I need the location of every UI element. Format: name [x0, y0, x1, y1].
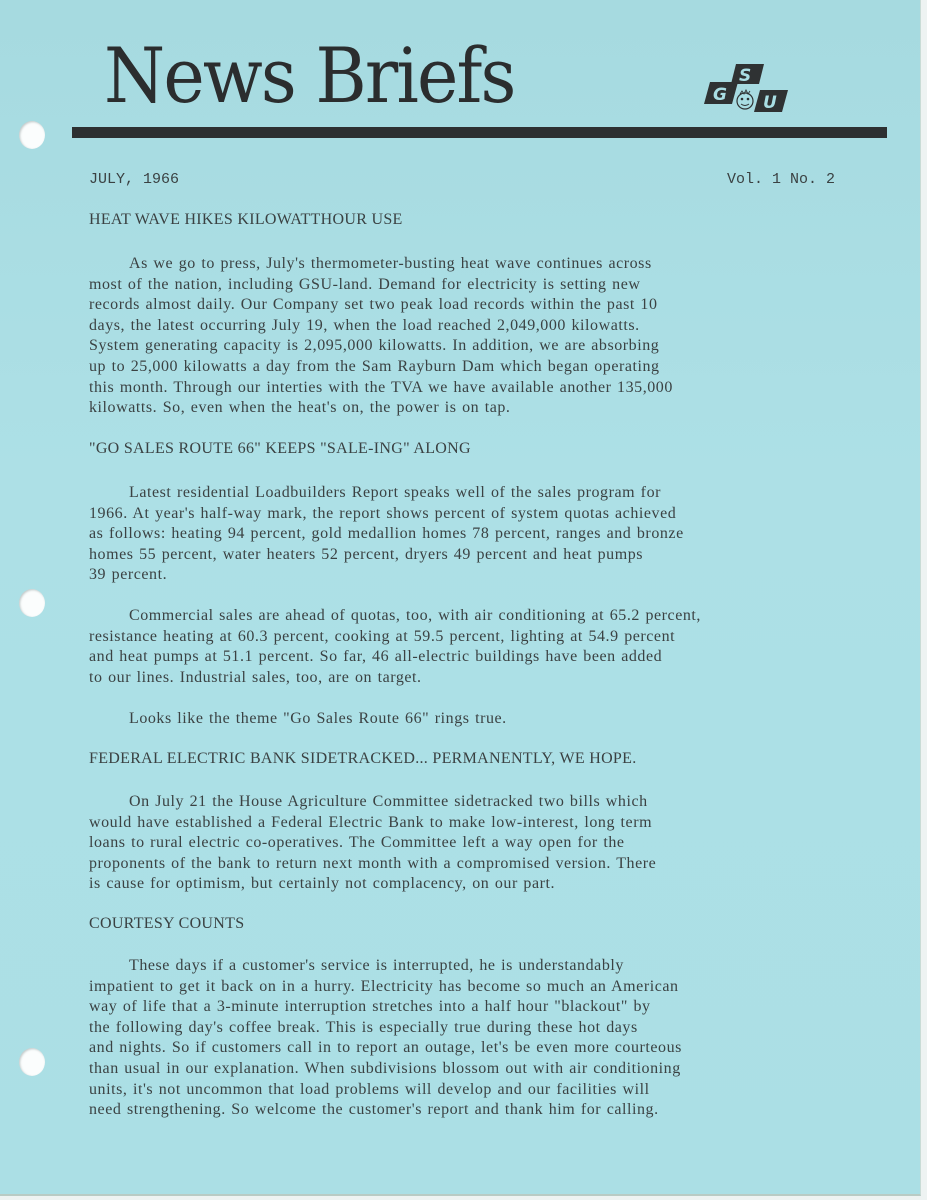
text-line: resistance heating at 60.3 percent, cook…	[89, 627, 889, 648]
text-line: kilowatts. So, even when the heat's on, …	[89, 398, 889, 419]
text-line: than usual in our explanation. When subd…	[89, 1059, 889, 1080]
article-paragraph: As we go to press, July's thermometer-bu…	[89, 254, 889, 419]
text-line: records almost daily. Our Company set tw…	[89, 295, 889, 316]
text-line: 1966. At year's half-way mark, the repor…	[89, 504, 889, 525]
article-heading: FEDERAL ELECTRIC BANK SIDETRACKED... PER…	[89, 750, 637, 768]
logo-letter-u: U	[763, 93, 777, 113]
text-line: the following day's coffee break. This i…	[89, 1018, 889, 1039]
text-line: way of life that a 3-minute interruption…	[89, 997, 889, 1018]
gsu-logo-icon: G S U	[702, 60, 794, 116]
text-line: and heat pumps at 51.1 percent. So far, …	[89, 647, 889, 668]
article-paragraph: Commercial sales are ahead of quotas, to…	[89, 606, 889, 688]
article-paragraph: These days if a customer's service is in…	[89, 956, 889, 1121]
text-line: as follows: heating 94 percent, gold med…	[89, 524, 889, 545]
article-paragraph: Latest residential Loadbuilders Report s…	[89, 483, 889, 586]
text-line: and nights. So if customers call in to r…	[89, 1038, 889, 1059]
article-paragraph: On July 21 the House Agriculture Committ…	[89, 792, 889, 895]
text-line: loans to rural electric co-operatives. T…	[89, 833, 889, 854]
text-line: As we go to press, July's thermometer-bu…	[89, 254, 889, 275]
issue-volume: Vol. 1 No. 2	[727, 171, 835, 188]
newsletter-page: News Briefs G S U JULY, 1966 Vol. 1 No. …	[0, 0, 921, 1196]
punch-hole	[19, 1048, 45, 1076]
text-line: proponents of the bank to return next mo…	[89, 854, 889, 875]
article-heading: HEAT WAVE HIKES KILOWATTHOUR USE	[89, 211, 403, 229]
text-line: On July 21 the House Agriculture Committ…	[89, 792, 889, 813]
masthead-title: News Briefs	[104, 38, 515, 114]
article-heading: "GO SALES ROUTE 66" KEEPS "SALE-ING" ALO…	[89, 440, 471, 458]
text-line: units, it's not uncommon that load probl…	[89, 1080, 889, 1101]
text-line: to our lines. Industrial sales, too, are…	[89, 668, 889, 689]
masthead-rule	[72, 127, 887, 138]
text-line: this month. Through our interties with t…	[89, 378, 889, 399]
article-paragraph: Looks like the theme "Go Sales Route 66"…	[89, 709, 889, 730]
text-line: need strengthening. So welcome the custo…	[89, 1100, 889, 1121]
article-heading: COURTESY COUNTS	[89, 915, 244, 933]
punch-hole	[19, 121, 45, 149]
text-line: homes 55 percent, water heaters 52 perce…	[89, 545, 889, 566]
text-line: These days if a customer's service is in…	[89, 956, 889, 977]
logo-letter-s: S	[739, 66, 751, 86]
text-line: Latest residential Loadbuilders Report s…	[89, 483, 889, 504]
logo-letter-g: G	[713, 85, 727, 105]
text-line: up to 25,000 kilowatts a day from the Sa…	[89, 357, 889, 378]
text-line: impatient to get it back on in a hurry. …	[89, 977, 889, 998]
text-line: 39 percent.	[89, 565, 889, 586]
text-line: days, the latest occurring July 19, when…	[89, 316, 889, 337]
issue-date: JULY, 1966	[89, 171, 179, 188]
text-line: Looks like the theme "Go Sales Route 66"…	[89, 709, 889, 730]
text-line: Commercial sales are ahead of quotas, to…	[89, 606, 889, 627]
punch-hole	[19, 589, 45, 617]
text-line: is cause for optimism, but certainly not…	[89, 874, 889, 895]
text-line: System generating capacity is 2,095,000 …	[89, 336, 889, 357]
text-line: most of the nation, including GSU-land. …	[89, 275, 889, 296]
text-line: would have established a Federal Electri…	[89, 813, 889, 834]
